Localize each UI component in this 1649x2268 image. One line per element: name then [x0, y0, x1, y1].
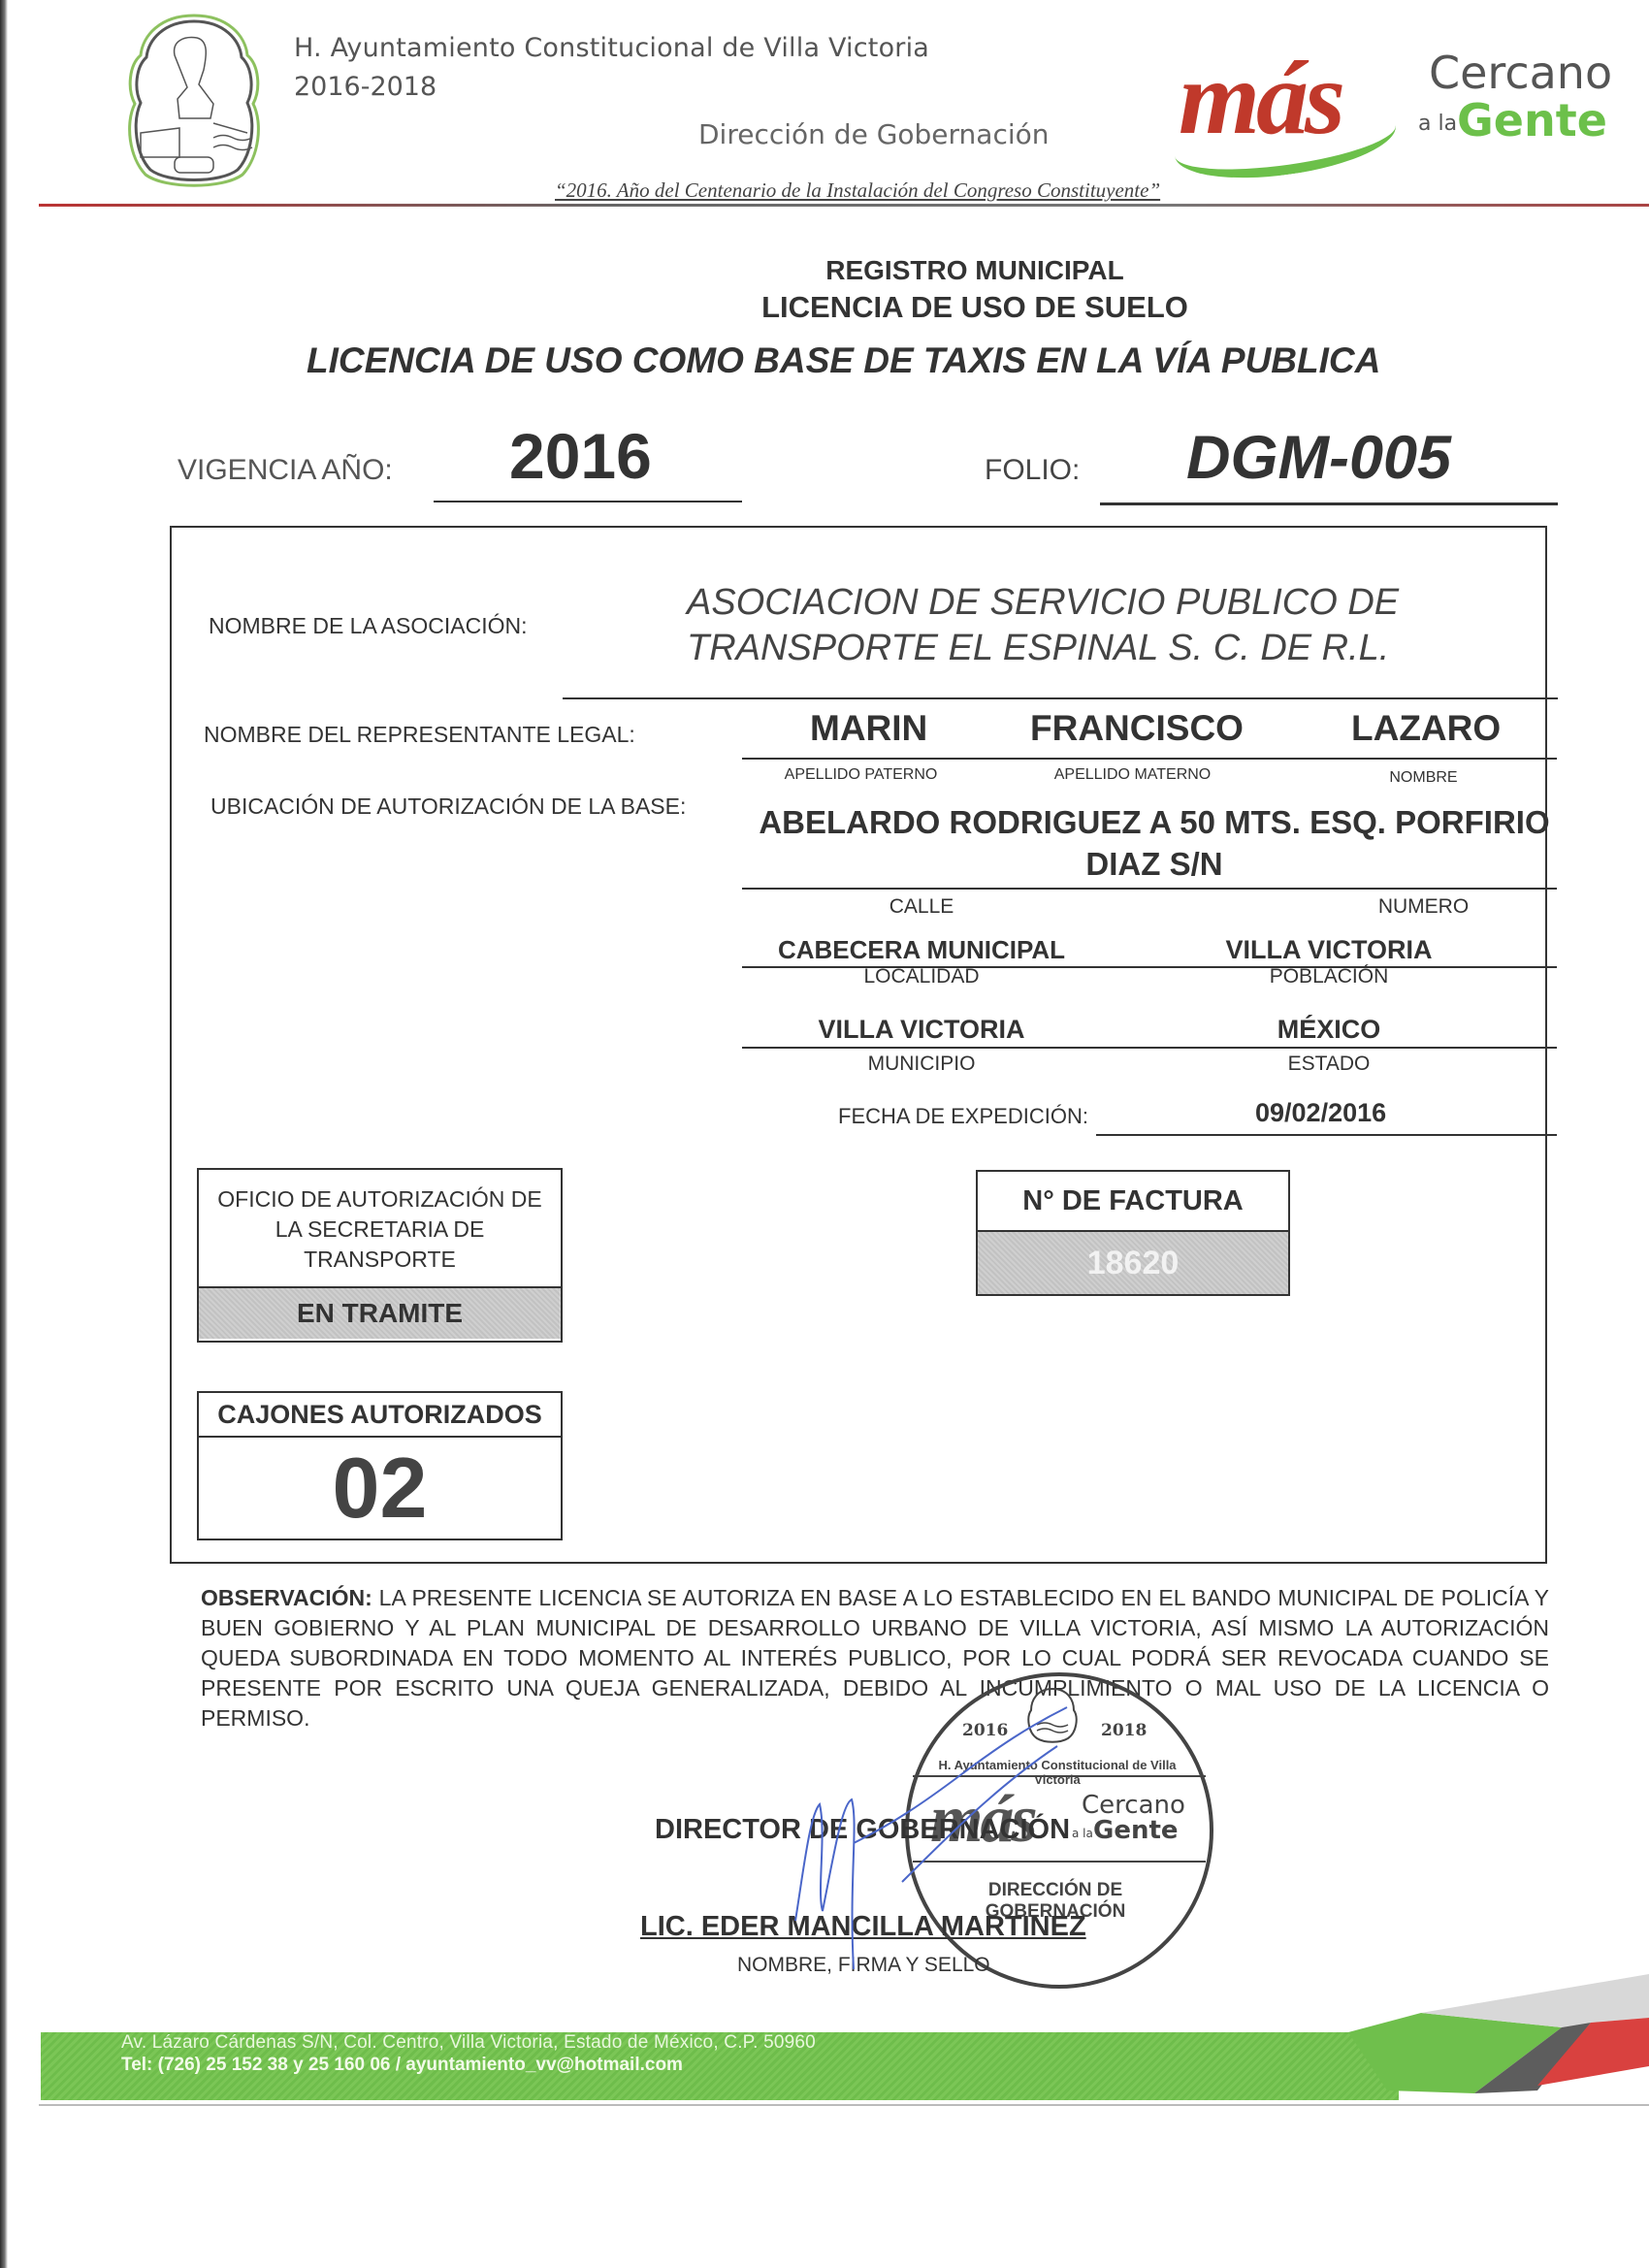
rep-nombre: LAZARO: [1351, 708, 1501, 749]
association-label: NOMBRE DE LA ASOCIACIÓN:: [209, 613, 527, 639]
footer-contact: Tel: (726) 25 152 38 y 25 160 06 / ayunt…: [121, 2055, 683, 2076]
brand-logo-a-la: a la: [1418, 112, 1457, 136]
document-title-license: LICENCIA DE USO DE SUELO: [0, 290, 1649, 325]
brand-logo-gente: Gente: [1457, 94, 1607, 146]
municipio-value: VILLA VICTORIA: [766, 1015, 1077, 1045]
location-label: UBICACIÓN DE AUTORIZACIÓN DE LA BASE:: [210, 794, 686, 820]
factura-label: N° DE FACTURA: [978, 1172, 1288, 1232]
caption-localidad: LOCALIDAD: [776, 965, 1067, 988]
caption-estado: ESTADO: [1183, 1053, 1474, 1076]
folio-value: DGM-005: [1186, 423, 1451, 493]
brand-logo-cercano: Cercano: [1429, 47, 1612, 99]
header-divider: [39, 204, 1649, 207]
observation-label: OBSERVACIÓN:: [201, 1585, 372, 1610]
location-street-line1: ABELARDO RODRIGUEZ A 50 MTS. ESQ. PORFIR…: [747, 801, 1562, 843]
oficio-label-line2: LA SECRETARIA DE: [199, 1215, 561, 1245]
oficio-label-line1: OFICIO DE AUTORIZACIÓN DE: [199, 1184, 561, 1215]
association-name-line2: TRANSPORTE EL ESPINAL S. C. DE R.L.: [687, 626, 1399, 671]
association-underline: [563, 697, 1558, 699]
localidad-value: CABECERA MUNICIPAL: [766, 935, 1077, 965]
folio-label: FOLIO:: [985, 454, 1080, 487]
brand-logo-mas: más: [1179, 39, 1342, 159]
expedition-label: FECHA DE EXPEDICIÓN:: [838, 1104, 1088, 1129]
year-motto: “2016. Año del Centenario de la Instalac…: [555, 178, 1160, 203]
expedition-date: 09/02/2016: [1255, 1098, 1386, 1128]
caption-apellido-paterno: APELLIDO PATERNO: [757, 766, 965, 784]
municipio-underline: [742, 1047, 1557, 1049]
location-street-line2: DIAZ S/N: [747, 843, 1562, 885]
caption-calle: CALLE: [844, 895, 999, 919]
handwritten-signature-icon: [776, 1688, 1164, 1979]
vigencia-label: VIGENCIA AÑO:: [178, 454, 393, 487]
representative-label: NOMBRE DEL REPRESENTANTE LEGAL:: [204, 722, 635, 748]
scan-edge: [0, 0, 8, 2268]
document-title-taxi-base: LICENCIA DE USO COMO BASE DE TAXIS EN LA…: [307, 340, 1380, 381]
cajones-label: CAJONES AUTORIZADOS: [199, 1393, 561, 1438]
caption-poblacion: POBLACIÓN: [1183, 965, 1474, 988]
street-underline: [742, 888, 1557, 890]
location-street: ABELARDO RODRIGUEZ A 50 MTS. ESQ. PORFIR…: [747, 801, 1562, 885]
caption-nombre: NOMBRE: [1339, 769, 1508, 787]
caption-municipio: MUNICIPIO: [776, 1053, 1067, 1076]
folio-underline: [1100, 502, 1558, 505]
oficio-status: EN TRAMITE: [199, 1288, 561, 1339]
oficio-box: OFICIO DE AUTORIZACIÓN DE LA SECRETARIA …: [197, 1168, 563, 1343]
document-title-registry: REGISTRO MUNICIPAL: [0, 255, 1649, 286]
vigencia-value: 2016: [509, 419, 652, 493]
association-name: ASOCIACION DE SERVICIO PUBLICO DE TRANSP…: [687, 580, 1399, 671]
representative-underline: [742, 758, 1557, 760]
vigencia-underline: [434, 501, 742, 502]
caption-apellido-materno: APELLIDO MATERNO: [1028, 766, 1237, 784]
factura-number: 18620: [978, 1232, 1288, 1294]
footer-ribbon-icon: [1348, 1969, 1649, 2100]
association-name-line1: ASOCIACION DE SERVICIO PUBLICO DE: [687, 580, 1399, 626]
expedition-underline: [1096, 1134, 1557, 1136]
estado-value: MÉXICO: [1183, 1015, 1474, 1045]
department-name: Dirección de Gobernación: [698, 118, 1050, 150]
cajones-value: 02: [199, 1438, 561, 1539]
footer-address: Av. Lázaro Cárdenas S/N, Col. Centro, Vi…: [121, 2032, 816, 2054]
cajones-box: CAJONES AUTORIZADOS 02: [197, 1391, 563, 1540]
footer-divider: [39, 2104, 1649, 2106]
poblacion-value: VILLA VICTORIA: [1174, 935, 1484, 965]
org-period: 2016-2018: [294, 72, 436, 102]
oficio-label: OFICIO DE AUTORIZACIÓN DE LA SECRETARIA …: [199, 1170, 561, 1288]
rep-apellido-materno: FRANCISCO: [1030, 708, 1244, 749]
oficio-label-line3: TRANSPORTE: [199, 1245, 561, 1275]
rep-apellido-paterno: MARIN: [810, 708, 927, 749]
org-name: H. Ayuntamiento Constitucional de Villa …: [294, 33, 929, 63]
caption-numero: NUMERO: [1348, 895, 1499, 919]
municipal-crest-icon: [121, 12, 267, 191]
factura-box: N° DE FACTURA 18620: [976, 1170, 1290, 1296]
